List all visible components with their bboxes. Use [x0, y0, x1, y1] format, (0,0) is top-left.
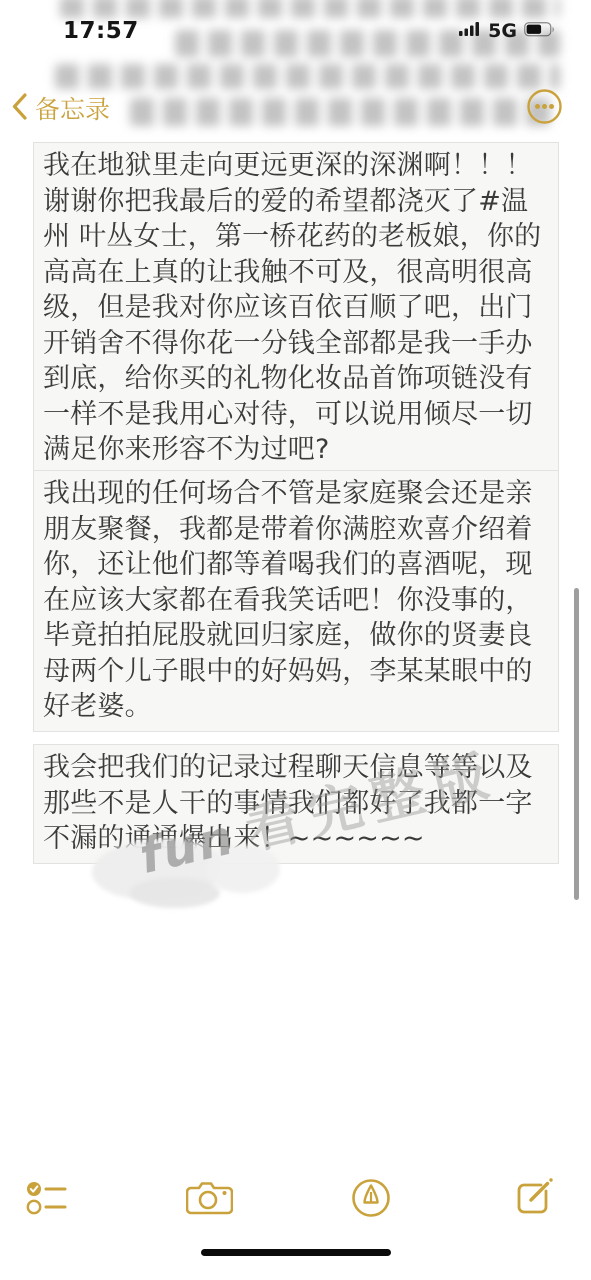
clock: 17:57 — [63, 18, 139, 44]
back-label: 备忘录 — [35, 90, 110, 126]
note-text-line: 谢谢你把我最后的爱的希望都浇灭了#温 — [43, 184, 549, 220]
compose-button[interactable] — [509, 1175, 557, 1223]
camera-button[interactable] — [186, 1175, 234, 1223]
nav-bar: 备忘录 — [0, 80, 591, 136]
camera-icon — [186, 1179, 233, 1220]
status-bar: 17:57 5G — [0, 14, 591, 48]
markup-button[interactable] — [347, 1175, 395, 1223]
checklist-icon — [25, 1179, 71, 1220]
network-type-label: 5G — [488, 20, 517, 42]
note-text-line: 一样不是我用心对待，可以说用倾尽一切 — [43, 397, 549, 433]
note-text-line: 高高在上真的让我触不可及，很高明很高 — [43, 255, 549, 291]
note-image-attachment-2[interactable]: 我出现的任何场合不管是家庭聚会还是亲 朋友聚餐，我都是带着你满腔欢喜介绍着 你，… — [33, 470, 559, 732]
note-text-line: 母两个儿子眼中的好妈妈，李某某眼中的 — [43, 654, 549, 690]
note-text-line: 毕竟拍拍屁股就回归家庭，做你的贤妻良 — [43, 618, 549, 654]
note-text-line: 那些不是人干的事情我们都好了我都一字 — [43, 786, 549, 822]
note-image-attachment-3[interactable]: 我会把我们的记录过程聊天信息等等以及 那些不是人干的事情我们都好了我都一字 不漏… — [33, 744, 559, 864]
battery-icon — [524, 22, 555, 41]
back-button[interactable]: 备忘录 — [12, 90, 110, 126]
compose-icon — [511, 1176, 555, 1223]
checklist-button[interactable] — [24, 1175, 72, 1223]
censor-blur-blob — [205, 845, 280, 893]
note-image-attachment-1[interactable]: 我在地狱里走向更远更深的深渊啊！！！ 谢谢你把我最后的爱的希望都浇灭了#温 州 … — [33, 142, 559, 475]
chevron-left-icon — [12, 93, 27, 124]
cellular-signal-icon — [459, 21, 481, 41]
note-text-line: 级，但是我对你应该百依百顺了吧，出门 — [43, 290, 549, 326]
note-text-line: 朋友聚餐，我都是带着你满腔欢喜介绍着 — [43, 512, 549, 548]
note-text-line: 我出现的任何场合不管是家庭聚会还是亲 — [43, 476, 549, 512]
scrollbar[interactable] — [574, 588, 579, 900]
note-text-line: 到底，给你买的礼物化妆品首饰项链没有 — [43, 361, 549, 397]
bottom-toolbar — [0, 1158, 591, 1240]
home-indicator[interactable] — [201, 1249, 391, 1256]
note-text-line: 好老婆。 — [43, 689, 549, 725]
notes-app-screen: 17:57 5G — [0, 0, 591, 1280]
note-text-line: 我在地狱里走向更远更深的深渊啊！！！ — [43, 148, 549, 184]
more-options-button[interactable] — [526, 88, 563, 125]
note-text-line: 我会把我们的记录过程聊天信息等等以及 — [43, 750, 549, 786]
markup-pen-icon — [351, 1178, 391, 1221]
note-text-line: 满足你来形容不为过吧? — [43, 432, 549, 468]
note-body: 我在地狱里走向更远更深的深渊啊！！！ 谢谢你把我最后的爱的希望都浇灭了#温 州 … — [0, 140, 591, 1160]
note-text-line: 你，还让他们都等着喝我们的喜酒呢，现 — [43, 547, 549, 583]
censor-blur-blob — [130, 878, 220, 908]
note-text-line: 州 叶丛女士，第一桥花药的老板娘，你的 — [43, 219, 549, 255]
note-text-line: 开销舍不得你花一分钱全部都是我一手办 — [43, 326, 549, 362]
note-text-line: 在应该大家都在看我笑话吧！你没事的， — [43, 583, 549, 619]
ellipsis-circle-icon — [526, 110, 563, 129]
